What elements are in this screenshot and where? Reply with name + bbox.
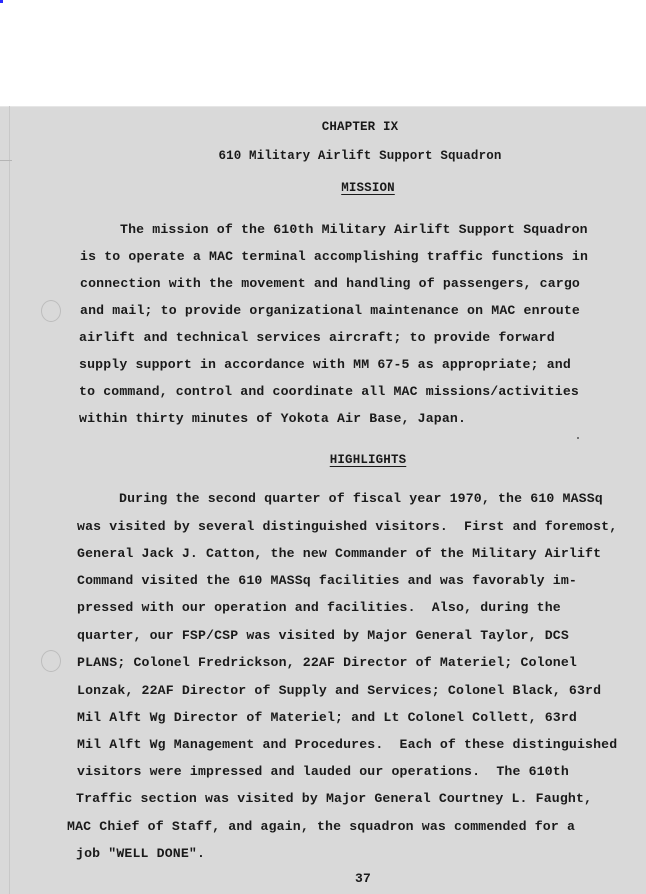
mission-line: supply support in accordance with MM 67-… [79, 357, 571, 373]
punch-hole-mark [41, 300, 61, 322]
highlights-line: visitors were impressed and lauded our o… [77, 764, 569, 780]
top-margin [0, 0, 646, 106]
highlights-line: Traffic section was visited by Major Gen… [76, 791, 592, 807]
punch-hole-mark [41, 650, 61, 672]
chapter-heading: CHAPTER IX [0, 119, 646, 135]
page-number: 37 [355, 871, 371, 887]
mission-line: within thirty minutes of Yokota Air Base… [79, 411, 466, 427]
highlights-line: Lonzak, 22AF Director of Supply and Serv… [77, 683, 601, 699]
binding-edge-line [9, 106, 10, 894]
highlights-line: pressed with our operation and facilitie… [77, 600, 561, 616]
scan-speck [577, 437, 579, 439]
mission-line: to command, control and coordinate all M… [79, 384, 579, 400]
highlights-line: quarter, our FSP/CSP was visited by Majo… [77, 628, 569, 644]
unit-title: 610 Military Airlift Support Squadron [0, 148, 646, 164]
highlights-line: During the second quarter of fiscal year… [119, 491, 603, 507]
highlights-line: Mil Alft Wg Director of Materiel; and Lt… [77, 710, 577, 726]
mission-line: connection with the movement and handlin… [80, 276, 580, 292]
mission-line: is to operate a MAC terminal accomplishi… [80, 249, 588, 265]
highlights-line: Command visited the 610 MASSq facilities… [77, 573, 577, 589]
highlights-line: PLANS; Colonel Fredrickson, 22AF Directo… [77, 655, 577, 671]
corner-marker [0, 0, 3, 3]
section-heading-mission: MISSION [8, 180, 646, 196]
highlights-line: MAC Chief of Staff, and again, the squad… [67, 819, 575, 835]
mission-line: airlift and technical services aircraft;… [79, 330, 555, 346]
highlights-line: General Jack J. Catton, the new Commande… [77, 546, 601, 562]
section-heading-highlights: HIGHLIGHTS [8, 452, 646, 468]
highlights-line: job "WELL DONE". [76, 846, 205, 862]
mission-line: The mission of the 610th Military Airlif… [120, 222, 588, 238]
highlights-line: Mil Alft Wg Management and Procedures. E… [77, 737, 617, 753]
highlights-line: was visited by several distinguished vis… [77, 519, 617, 535]
mission-line: and mail; to provide organizational main… [80, 303, 580, 319]
